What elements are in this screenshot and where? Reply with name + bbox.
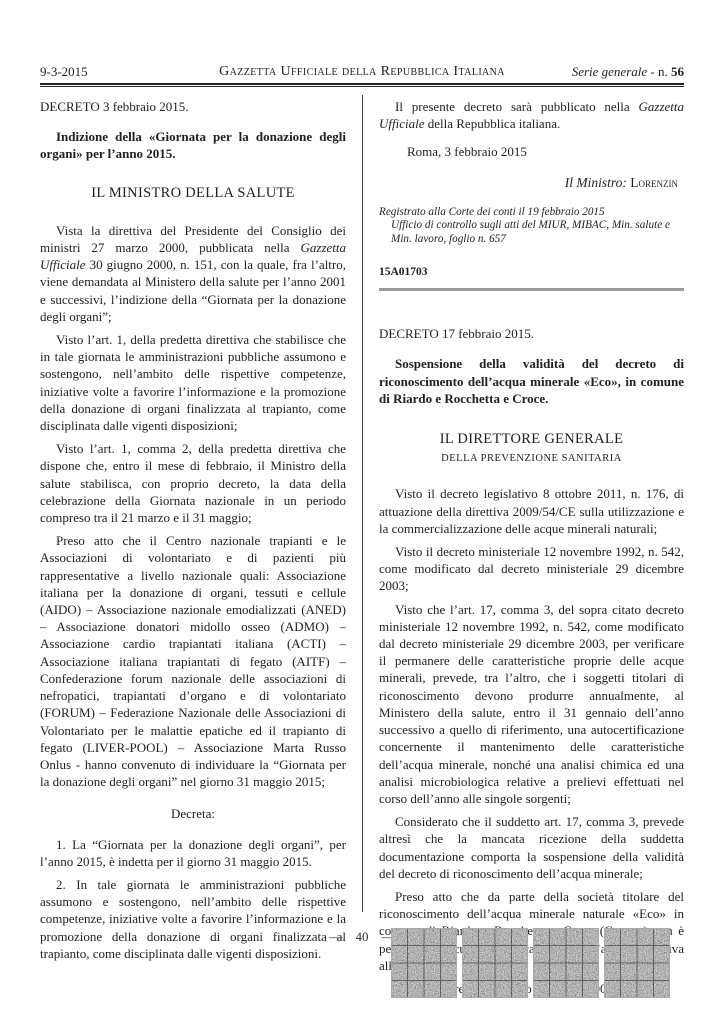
publication-note: Il presente decreto sarà pubblicato nell…	[379, 98, 684, 132]
scan-noise-block	[533, 928, 599, 998]
article-2: 2. In tale giornata le amministrazioni p…	[40, 876, 346, 962]
paragraph-vista: Vista la direttiva del Presidente del Co…	[40, 222, 346, 325]
header-double-rule	[40, 83, 684, 87]
minister-title: Il Ministro:	[565, 175, 627, 190]
gazzetta-page: 9-3-2015 Gazzetta Ufficiale della Repubb…	[0, 0, 724, 1024]
paragraph-visto-dm542: Visto il decreto ministeriale 12 novembr…	[379, 543, 684, 595]
scan-noise-block	[604, 928, 670, 998]
paragraph-text: della Repubblica italiana.	[425, 116, 561, 131]
authority-2: IL DIRETTORE GENERALE	[379, 431, 684, 448]
decree-date-1: DECRETO 3 febbraio 2015.	[40, 98, 346, 115]
right-column: Il presente decreto sarà pubblicato nell…	[379, 98, 684, 997]
authority-2-sub: DELLA PREVENZIONE SANITARIA	[379, 450, 684, 467]
paragraph-text: 30 giugno 2000, n. 151, con la quale, fr…	[40, 257, 346, 324]
paragraph-visto-art1: Visto l’art. 1, della predetta direttiva…	[40, 331, 346, 434]
scan-noise-block	[462, 928, 528, 998]
paragraph-text: Il presente decreto sarà pubblicato nell…	[395, 99, 639, 114]
paragraph-visto-dlgs176: Visto il decreto legislativo 8 ottobre 2…	[379, 485, 684, 537]
authority-1: IL MINISTRO DELLA SALUTE	[40, 185, 346, 202]
scan-noise-strip	[391, 928, 670, 998]
registration-line-1: Registrato alla Corte dei conti il 19 fe…	[379, 206, 684, 219]
masthead: 9-3-2015 Gazzetta Ufficiale della Repubb…	[40, 64, 684, 80]
minister-signature: Il Ministro: Lorenzin	[379, 174, 684, 191]
gazette-title: Gazzetta Ufficiale della Repubblica Ital…	[40, 64, 684, 80]
decreta-heading: Decreta:	[40, 805, 346, 822]
scan-noise-block	[391, 928, 457, 998]
place-and-date: Roma, 3 febbraio 2015	[379, 143, 684, 160]
registration-line-2: Ufficio di controllo sugli atti del MIUR…	[379, 219, 684, 246]
paragraph-preso-atto: Preso atto che il Centro nazionale trapi…	[40, 532, 346, 790]
registration-note: Registrato alla Corte dei conti il 19 fe…	[379, 206, 684, 246]
paragraph-visto-art1c2: Visto l’art. 1, comma 2, della predetta …	[40, 440, 346, 526]
column-divider	[362, 95, 363, 912]
minister-name: Lorenzin	[630, 175, 678, 190]
section-double-rule	[379, 288, 684, 291]
paragraph-visto-art17: Visto che l’art. 17, comma 3, del sopra …	[379, 601, 684, 807]
decree-subject-1: Indizione della «Giornata per la donazio…	[40, 128, 346, 162]
left-column: DECRETO 3 febbraio 2015. Indizione della…	[40, 98, 346, 962]
article-1: 1. La “Giornata per la donazione degli o…	[40, 836, 346, 870]
gazette-code: 15A01703	[379, 264, 684, 281]
decree-date-2: DECRETO 17 febbraio 2015.	[379, 325, 684, 342]
paragraph-considerato: Considerato che il suddetto art. 17, com…	[379, 813, 684, 882]
decree-subject-2: Sospensione della validità del decreto d…	[379, 355, 684, 407]
